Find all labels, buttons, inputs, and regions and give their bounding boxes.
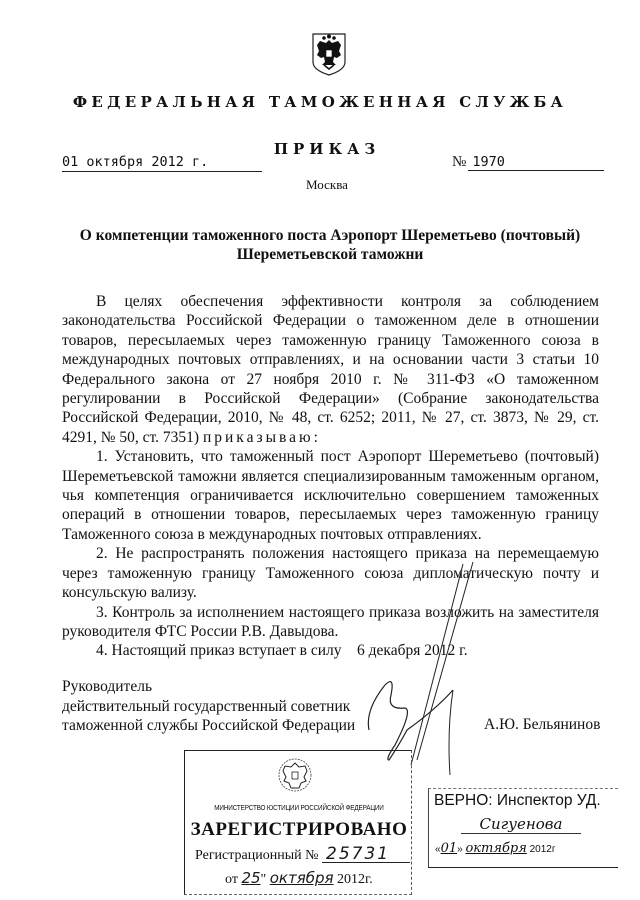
signatory-line-2: действительный государственный советник <box>62 697 355 717</box>
stamp-reg-number: 25731 <box>322 846 410 863</box>
stamp-date-month: октября <box>270 869 334 887</box>
stamp-reg-number-row: Регистрационный № 25731 <box>195 846 410 864</box>
order-date: 01 октября 2012 г. <box>62 154 262 172</box>
order-item-1: 1. Установить, что таможенный пост Аэроп… <box>62 447 599 544</box>
signatory-line-1: Руководитель <box>62 677 355 697</box>
certification-date-year: 2012г <box>530 844 556 855</box>
signatory-title: Руководитель действительный государствен… <box>62 677 355 736</box>
subject-line-2: Шереметьевской таможни <box>60 245 600 264</box>
signer-name: А.Ю. Бельянинов <box>484 716 600 734</box>
stamp-ministry: МИНИСТЕРСТВО ЮСТИЦИИ РОССИЙСКОЙ ФЕДЕРАЦИ… <box>202 803 396 812</box>
stamp-reg-label: Регистрационный № <box>195 848 319 863</box>
stamp-date-prefix: от <box>225 872 238 887</box>
order-city: Москва <box>0 177 640 193</box>
subject-line-1: О компетенции таможенного поста Аэропорт… <box>60 226 600 245</box>
registration-stamp: МИНИСТЕРСТВО ЮСТИЦИИ РОССИЙСКОЙ ФЕДЕРАЦИ… <box>184 750 412 895</box>
stamp-status: ЗАРЕГИСТРИРОВАНО <box>185 819 413 841</box>
order-item-3: 3. Контроль за исполнением настоящего пр… <box>62 603 599 642</box>
certification-date-day: 01 <box>441 841 458 856</box>
stamp-date-day: 25 <box>241 869 260 887</box>
certification-signature: Сигуенова <box>461 815 581 834</box>
order-word: приказываю: <box>203 429 321 446</box>
stamp-date-year: 2012г. <box>337 872 373 887</box>
certification-date: «01» октября 2012г <box>435 841 556 856</box>
double-headed-eagle-emblem-icon <box>311 32 347 76</box>
order-body: В целях обеспечения эффективности контро… <box>62 292 599 661</box>
preamble-text: В целях обеспечения эффективности контро… <box>62 293 599 446</box>
handwritten-signature-icon <box>355 560 485 780</box>
stamp-emblem-icon <box>275 755 315 795</box>
stamp-date-row: от 25" октября 2012г. <box>225 869 373 888</box>
certification-stamp: ВЕРНО: Инспектор УД. Сигуенова «01» октя… <box>428 788 618 868</box>
certification-date-month: октября <box>465 841 526 856</box>
agency-name: ФЕДЕРАЛЬНАЯ ТАМОЖЕННАЯ СЛУЖБА <box>0 93 640 111</box>
order-item-4: 4. Настоящий приказ вступает в силу 6 де… <box>62 641 599 660</box>
order-item-2: 2. Не распространять положения настоящег… <box>62 544 599 602</box>
signatory-line-3: таможенной службы Российской Федерации <box>62 716 355 736</box>
number-sign: № <box>452 154 466 171</box>
preamble-paragraph: В целях обеспечения эффективности контро… <box>62 292 599 447</box>
order-number: 1970 <box>468 154 604 171</box>
order-subject: О компетенции таможенного поста Аэропорт… <box>60 226 600 264</box>
certification-title: ВЕРНО: Инспектор УД. <box>434 792 601 810</box>
order-number-field: № 1970 <box>452 154 604 171</box>
